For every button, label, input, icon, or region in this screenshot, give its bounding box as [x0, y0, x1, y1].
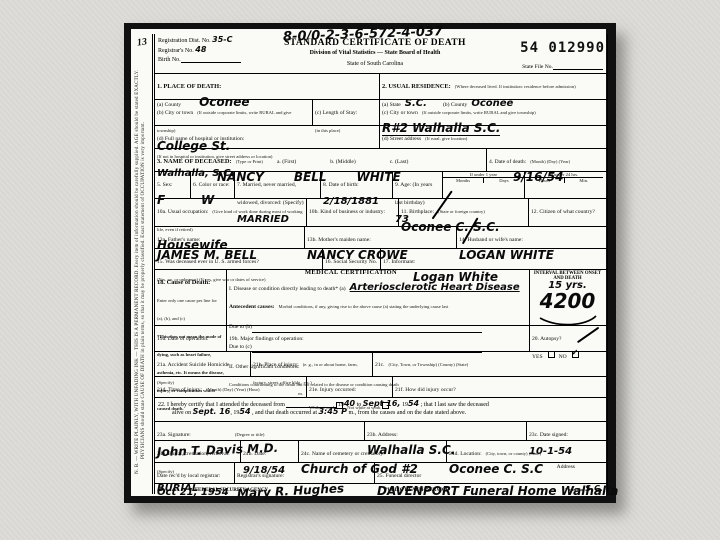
- place-of-death-title: 1. PLACE OF DEATH:: [157, 83, 221, 90]
- left-margin-note-1: N. B. — WRITE PLAINLY, WITH UNFADING INK…: [135, 70, 140, 474]
- business-label: 10b. Kind of business or industry:: [309, 209, 385, 215]
- usual-residence-title: 2. USUAL RESIDENCE:: [382, 83, 451, 90]
- street-address-note: (If rural, give location): [425, 136, 467, 141]
- date-of-death-cell: 4. Date of death: (Month) (Day) (Year) 9…: [487, 149, 607, 171]
- row-physician: 23a. Signature: (Degree or title) John T…: [155, 422, 607, 441]
- usual-residence-note: (Where deceased lived. If institution: r…: [455, 84, 576, 89]
- certify-time-hw: 3:45 P: [318, 407, 347, 416]
- injury-location-cell: 21c. (City, Town, or Township) (County) …: [373, 352, 605, 376]
- occupation-cell: 10a. Usual occupation: (Give kind of wor…: [155, 199, 307, 226]
- injury-time-cell: 21d. Time of injury: (Month) (Day) (Year…: [155, 377, 307, 397]
- certify-year2-hw: 54: [408, 399, 419, 408]
- last-label: c. (Last): [390, 159, 409, 165]
- operation-findings-label: 19b. Major findings of operation:: [229, 336, 304, 342]
- residence-city-cell: (c) City or town (If outside corporate l…: [380, 100, 607, 125]
- left-margin-note-2: PHYSICIANS should state CAUSE OF DEATH i…: [141, 122, 146, 459]
- registrars-no-label: Registrar's No.: [158, 48, 194, 54]
- injury-occurred-label: 21e. Injury occurred:: [309, 387, 356, 393]
- cause-line1-value: Arteriosclerotic Heart Disease: [350, 282, 520, 293]
- burial-label: 24a. Burial, cremation, removal:: [157, 451, 230, 457]
- page-number-handwritten: 13: [136, 36, 147, 48]
- place-of-death-cell: 1. PLACE OF DEATH: (a) County Oconee: [155, 74, 380, 99]
- injury-how-label: 21f. How did injury occur?: [395, 387, 456, 393]
- row-city: (b) City or town (If outside corporate l…: [155, 100, 607, 126]
- informant-label: 17. Informant:: [383, 259, 415, 265]
- father-cell: 13a. Father's name: JAMES M. BELL: [155, 227, 305, 248]
- birthplace-label: 11. Birthplace:: [401, 209, 434, 215]
- birthplace-note: (State or foreign country): [438, 209, 485, 214]
- length-of-stay-cell: (c) Length of Stay: (in this place): [313, 100, 380, 125]
- spouse-label: 14. Husband or wife's name:: [459, 237, 523, 243]
- certify-text-2c: m., from the causes and on the date stat…: [349, 410, 467, 416]
- form-header: Registration Dist. No. 35-C Registrar's …: [155, 34, 607, 74]
- cause-note: Enter only one cause per line for (a), (…: [157, 298, 217, 321]
- row-vitals: 5. Sex: F 6. Color or race: W 7. Married…: [155, 172, 607, 199]
- burial-date-cell: 24b. Date: 9/18/54: [241, 441, 299, 462]
- sex-label: 5. Sex:: [157, 182, 173, 188]
- injury-type-cell: 21a. Accident Suicide Homicide (Specify): [155, 352, 251, 376]
- injury-how-cell: 21f. How did injury occur?: [393, 377, 605, 397]
- certificate-form: Registration Dist. No. 35-C Registrar's …: [152, 34, 608, 494]
- annotation-4200: 4200: [540, 289, 596, 313]
- dob-label: 8. Date of birth:: [323, 182, 359, 188]
- certify-text-2a: alive on: [172, 410, 191, 416]
- antecedent-note: Morbid conditions, if any, giving rise t…: [279, 304, 449, 309]
- cause-label: 18. Cause of Death:: [157, 279, 210, 286]
- funeral-director-value: DAVENPORT Funeral Home Walhalla: [377, 484, 618, 498]
- injury-occurred-cell: 21e. Injury occurred: While at work Not …: [307, 377, 393, 397]
- middle-label: b. (Middle): [330, 159, 355, 165]
- date-of-death-cols: (Month) (Day) (Year): [530, 159, 570, 164]
- certify-year3-hw: 54: [239, 407, 250, 416]
- row-certify: 22. I hereby certify that I attended the…: [155, 398, 607, 422]
- citizen-cell: 12. Citizen of what country?: [529, 199, 603, 226]
- certify-alive-hw: Sept. 16: [193, 407, 231, 416]
- row-injury-1: 21a. Accident Suicide Homicide (Specify)…: [155, 352, 607, 377]
- operation-findings-cell: 19b. Major findings of operation:: [227, 326, 530, 351]
- place-city-cell: (b) City or town (If outside corporate l…: [155, 100, 313, 125]
- cause-of-death-block: MEDICAL CERTIFICATION 18. Cause of Death…: [155, 270, 607, 326]
- state-line: State of South Carolina: [285, 61, 465, 67]
- ssn-cell: 16. Social Security No.: [323, 249, 381, 269]
- ssn-label: 16. Social Security No.: [325, 259, 377, 265]
- burial-location-note: (City, town, or county) (State): [486, 451, 541, 456]
- dob-cell: 8. Date of birth: 2/18/1881: [321, 172, 393, 198]
- registration-dist-value: 35-C: [212, 35, 232, 44]
- occupation-label: 10a. Usual occupation:: [157, 209, 208, 215]
- registrar-signature-cell: Registrar's signature: Mary R. Hughes: [235, 463, 375, 483]
- name-sub: (Type or Print): [236, 159, 263, 164]
- business-cell: 10b. Kind of business or industry:: [307, 199, 399, 226]
- under-24-hrs-cell: If under 24 hrs. Hours Min.: [525, 172, 603, 198]
- race-label: 6. Color or race:: [193, 182, 230, 188]
- birth-no-blank: [181, 56, 241, 63]
- registrars-no-value: 48: [195, 45, 206, 54]
- cemetery-label: 24c. Name of cemetery or crematory:: [301, 451, 385, 457]
- citizen-label: 12. Citizen of what country?: [531, 209, 595, 215]
- injury-time-m: m.: [298, 391, 303, 396]
- age-cell: 9. Age: (In years last birthday) 73: [393, 172, 443, 198]
- hospital-label: (d) Full name of hospital or institution…: [157, 136, 244, 142]
- antecedent-label: Antecedent causes:: [229, 304, 275, 310]
- usual-residence-cell: 2. USUAL RESIDENCE: (Where deceased live…: [380, 74, 607, 99]
- row-name: 3. NAME OF DECEASED: (Type or Print) a. …: [155, 149, 607, 172]
- certify-to-hw: Sept 16,: [363, 399, 401, 408]
- date-received-label: Date rec'd by local registrar:: [157, 473, 220, 479]
- months-label: Months: [443, 178, 484, 183]
- injury-time-cols: (Month) (Day) (Year) (Hour): [206, 387, 260, 392]
- hospital-cell: (d) Full name of hospital or institution…: [155, 126, 380, 148]
- funeral-director-label: 25. Funeral director: [377, 473, 421, 479]
- burial-date-label: 24b. Date:: [243, 451, 266, 457]
- mother-cell: 13b. Mother's maiden name: NANCY CROWE: [305, 227, 457, 248]
- armed-forces-cell: 15. Was deceased ever in U. S. armed for…: [155, 249, 323, 269]
- row-family: 13a. Father's name: JAMES M. BELL 13b. M…: [155, 227, 607, 249]
- informant-cell: 17. Informant: Logan White: [381, 249, 607, 269]
- certificate-subtitle: Division of Vital Statistics — State Boa…: [245, 50, 505, 56]
- physician-address-label: 23b. Address:: [367, 432, 398, 438]
- race-cell: 6. Color or race: W: [191, 172, 235, 198]
- registrar-signature-label: Registrar's signature:: [237, 473, 284, 479]
- min-label: Min.: [565, 178, 604, 183]
- first-label: a. (First): [277, 159, 296, 165]
- injury-time-label: 21d. Time of injury:: [157, 387, 202, 393]
- sex-cell: 5. Sex: F: [155, 172, 191, 198]
- cause-sidebar: 18. Cause of Death: Enter only one cause…: [155, 270, 227, 325]
- injury-type-label: 21a. Accident Suicide Homicide: [157, 362, 229, 368]
- name-label: 3. NAME OF DECEASED:: [157, 158, 232, 165]
- degree-note: (Degree or title): [235, 432, 265, 437]
- row-occupation: 10a. Usual occupation: (Give kind of wor…: [155, 199, 607, 227]
- residence-city-label: (c) City or town: [382, 110, 418, 116]
- physician-signature-cell: 23a. Signature: (Degree or title) John T…: [155, 422, 365, 440]
- state-file-label: State File No.: [522, 63, 603, 70]
- name-cell: 3. NAME OF DECEASED: (Type or Print) a. …: [155, 149, 487, 171]
- date-signed-label: 23c. Date signed:: [529, 432, 568, 438]
- injury-location-note: (City, Town, or Township) (County) (Stat…: [388, 362, 468, 367]
- hours-label: Hours: [525, 178, 565, 183]
- physician-signature-label: 23a. Signature:: [157, 432, 191, 438]
- background: N. B. — WRITE PLAINLY, WITH UNFADING INK…: [0, 0, 720, 540]
- place-city-label: (b) City or town: [157, 110, 193, 116]
- mother-label: 13b. Mother's maiden name:: [307, 237, 371, 243]
- row-hospital: (d) Full name of hospital or institution…: [155, 126, 607, 149]
- certify-text-2b: , and that death occurred at: [252, 410, 317, 416]
- father-label: 13a. Father's name:: [157, 237, 200, 243]
- burial-cell: 24a. Burial, cremation, removal: (Specif…: [155, 441, 241, 462]
- interval-cell: INTERVAL BETWEEN ONSET AND DEATH 15 yrs.…: [530, 270, 605, 325]
- funeral-director-cell: 25. Funeral director Address DAVENPORT F…: [375, 463, 605, 483]
- autopsy-cell: 20. Autopsy? YES NO: [530, 326, 605, 351]
- birthplace-cell: 11. Birthplace: (State or foreign countr…: [399, 199, 529, 226]
- operation-date-cell: 19a. Date of operation:: [155, 326, 227, 351]
- death-certificate-scan: N. B. — WRITE PLAINLY, WITH UNFADING INK…: [124, 23, 616, 503]
- burial-location-label: 24d. Location:: [449, 451, 482, 457]
- cause-main: I. Disease or condition directly leading…: [227, 270, 530, 325]
- marital-cell: 7. Married, never married, widowed, divo…: [235, 172, 321, 198]
- physician-address-cell: 23b. Address: Walhalla S.C.: [365, 422, 527, 440]
- cemetery-cell: 24c. Name of cemetery or crematory: Chur…: [299, 441, 447, 462]
- state-file-number-stamp: 54 012990: [520, 40, 605, 56]
- row-disposition: 24a. Burial, cremation, removal: (Specif…: [155, 441, 607, 463]
- length-of-stay-label: (c) Length of Stay:: [315, 110, 357, 116]
- street-address-cell: (d) Street address (If rural, give locat…: [380, 126, 607, 148]
- armed-forces-label: 15. Was deceased ever in U. S. armed for…: [157, 259, 259, 265]
- autopsy-label: 20. Autopsy?: [532, 336, 562, 342]
- registrar-signature-value: Mary R. Hughes: [237, 482, 345, 500]
- date-of-death-label: 4. Date of death:: [489, 159, 526, 165]
- row-place-residence: 1. PLACE OF DEATH: (a) County Oconee 2. …: [155, 74, 607, 100]
- date-received-value: Oct 21, 1954: [157, 487, 229, 498]
- row-registrar: Date rec'd by local registrar: Oct 21, 1…: [155, 463, 607, 484]
- row-service: 15. Was deceased ever in U. S. armed for…: [155, 249, 607, 270]
- funeral-address-label: Address: [557, 464, 575, 470]
- spouse-cell: 14. Husband or wife's name: LOGAN WHITE: [457, 227, 607, 248]
- cause-line1-label: I. Disease or condition directly leading…: [229, 286, 346, 292]
- row-operation: 19a. Date of operation: 19b. Major findi…: [155, 326, 607, 352]
- residence-city-note: (If outside corporate limits, write RURA…: [422, 110, 536, 115]
- birth-no-label: Birth No.: [158, 57, 181, 63]
- injury-location-label: 21c.: [375, 362, 384, 368]
- under-1-year-cell: If under 1 year Months Days: [443, 172, 525, 198]
- date-received-cell: Date rec'd by local registrar: Oct 21, 1…: [155, 463, 235, 483]
- street-address-label: (d) Street address: [382, 136, 421, 142]
- operation-date-label: 19a. Date of operation:: [157, 336, 209, 342]
- days-label: Days: [484, 178, 524, 183]
- registration-dist-label: Registration Dist. No.: [158, 38, 211, 44]
- certificate-page: N. B. — WRITE PLAINLY, WITH UNFADING INK…: [131, 29, 606, 496]
- burial-location-cell: 24d. Location: (City, town, or county) (…: [447, 441, 605, 462]
- date-signed-cell: 23c. Date signed: 10-1-54: [527, 422, 605, 440]
- row-injury-2: 21d. Time of injury: (Month) (Day) (Year…: [155, 377, 607, 398]
- injury-place-cell: 21b. Place of injury: (e. g., in or abou…: [251, 352, 373, 376]
- injury-place-label: 21b. Place of injury:: [253, 362, 299, 368]
